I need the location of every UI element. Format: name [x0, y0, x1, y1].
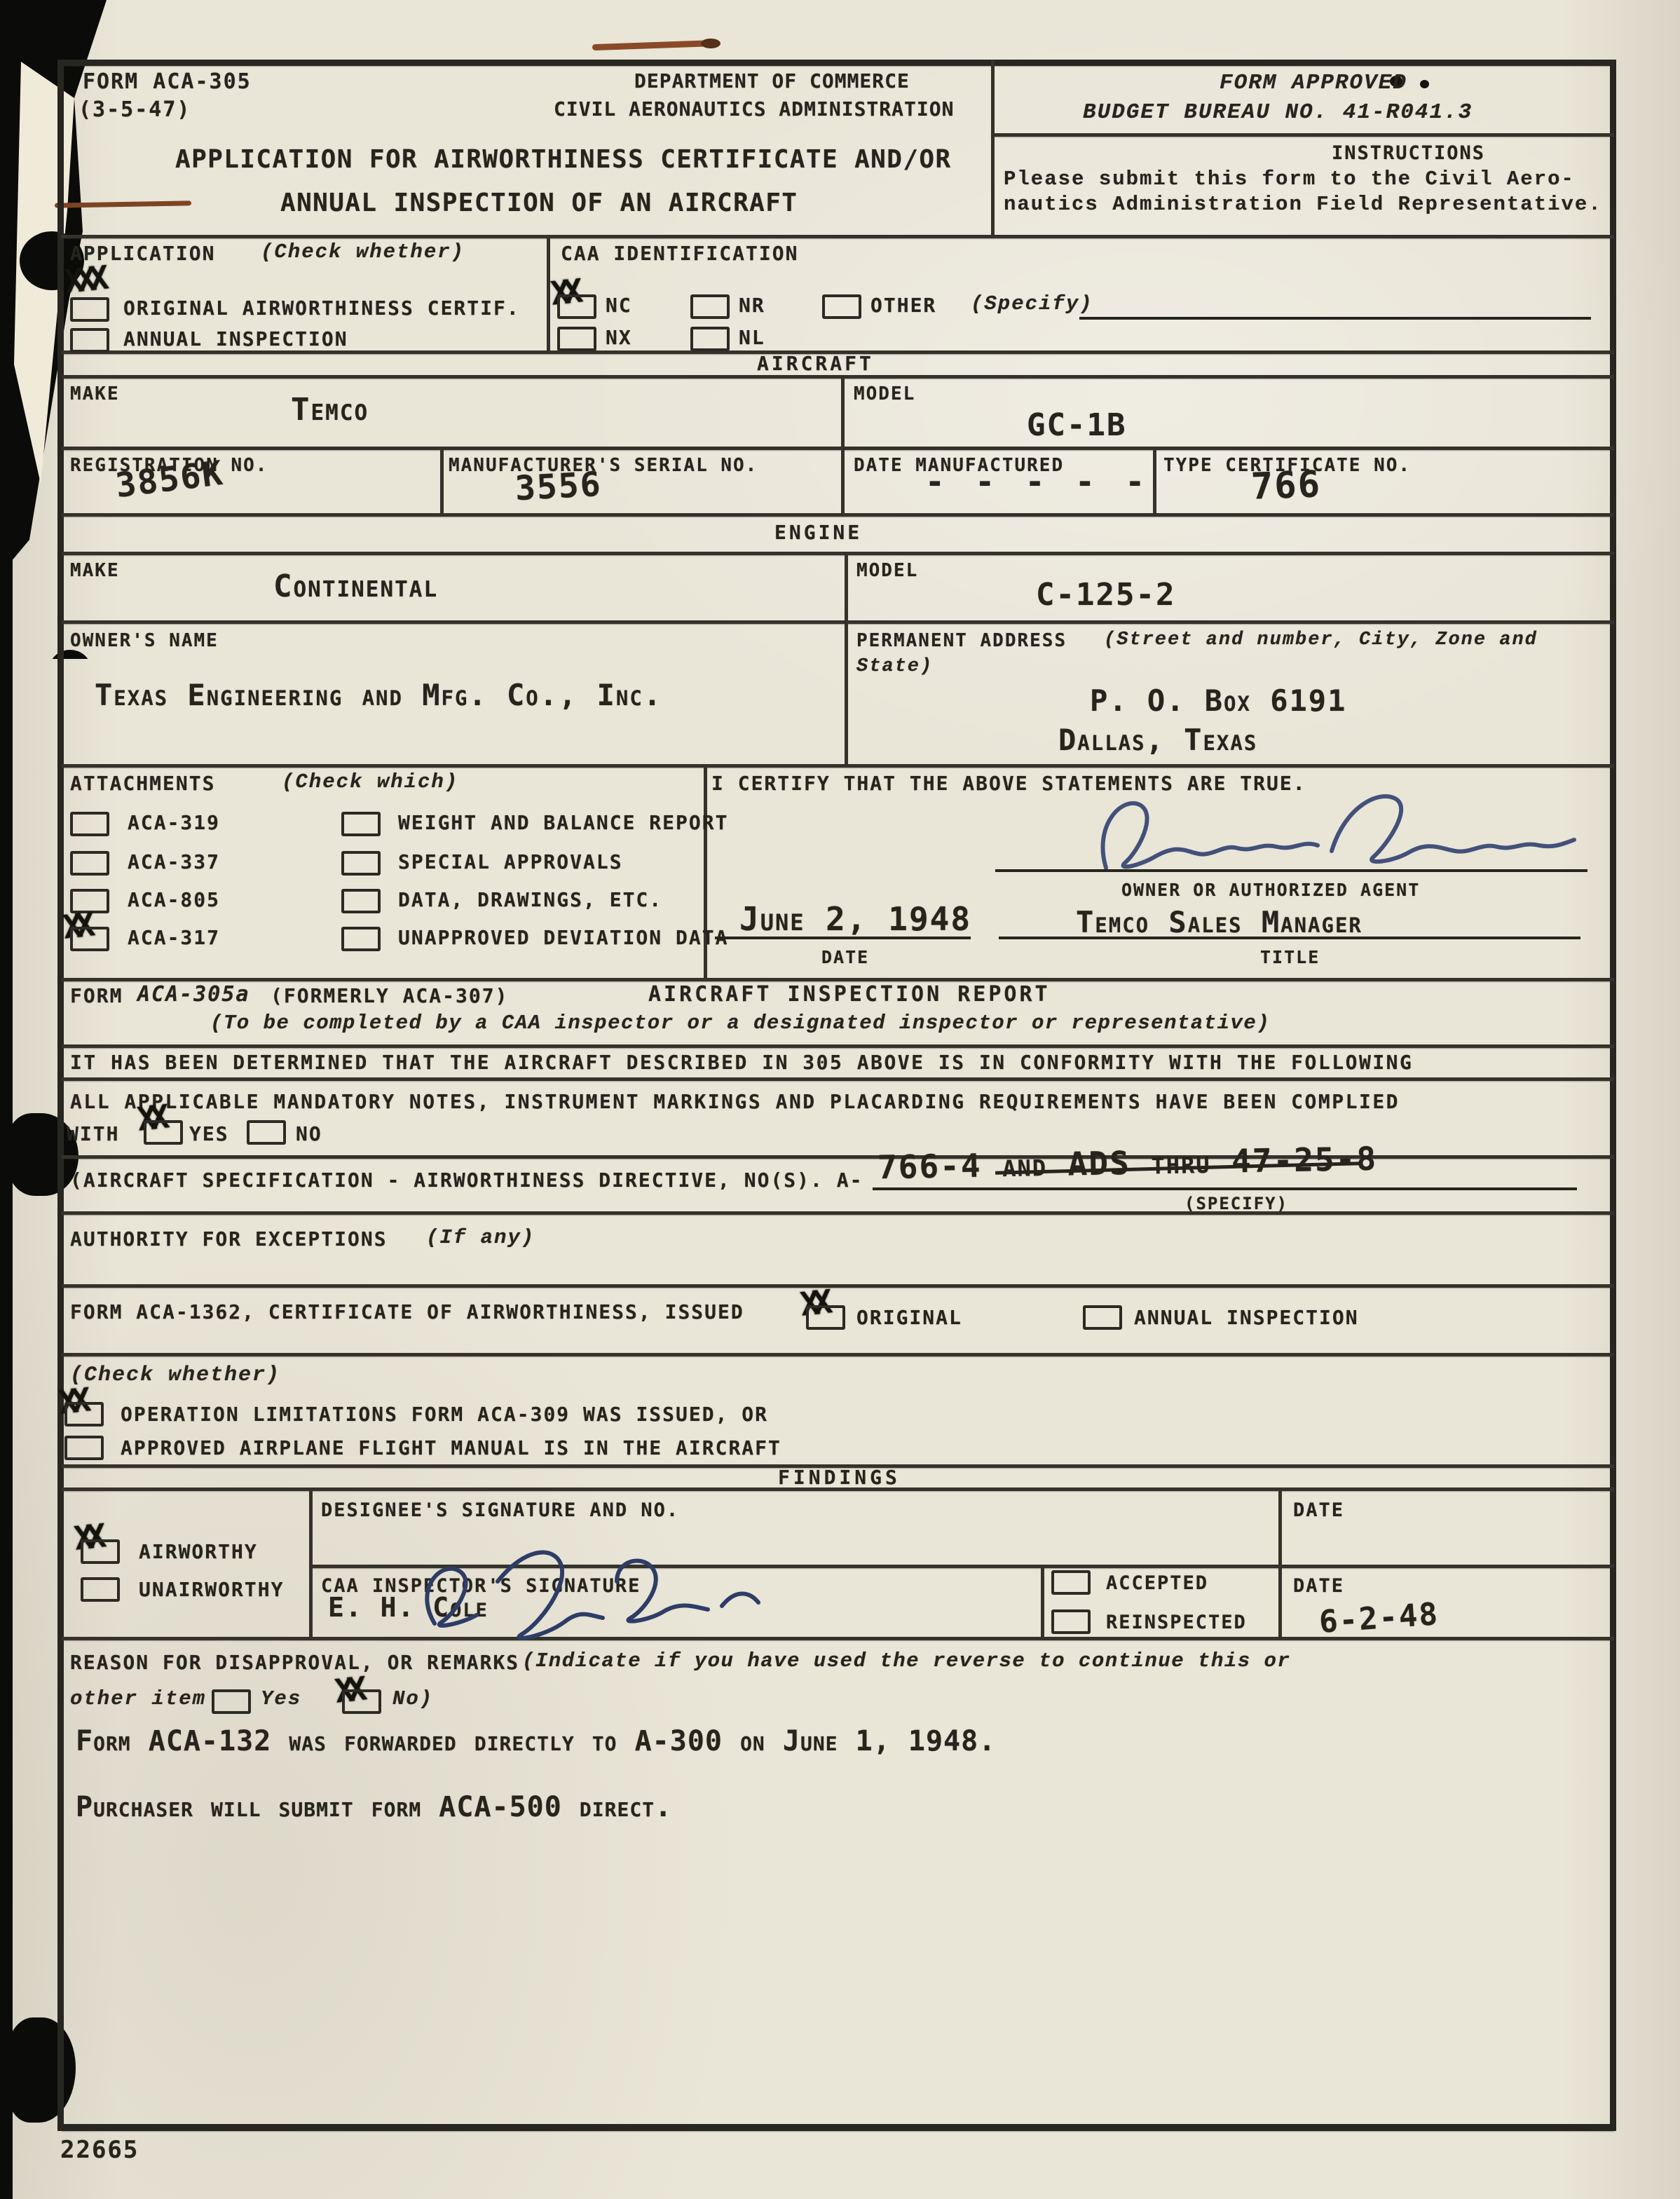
divider — [440, 447, 444, 513]
option-nl: NL — [739, 327, 765, 348]
option-nc: NC — [606, 294, 632, 316]
type-certificate-value: 766 — [1250, 464, 1322, 508]
aircraft-make-value: Temco — [291, 393, 369, 427]
form-title-line2: ANNUAL INSPECTION OF AN AIRCRAFT — [280, 189, 798, 217]
checkbox-nr — [690, 294, 730, 319]
divider — [62, 447, 1614, 450]
divider — [62, 764, 1614, 768]
checkbox-original — [806, 1305, 845, 1330]
checkbox-aca-337 — [70, 851, 109, 876]
findings-section-title: FINDINGS — [778, 1466, 901, 1488]
designee-date-label: DATE — [1293, 1500, 1344, 1521]
scanned-form-page: FORM ACA-305 (3-5-47) DEPARTMENT OF COMM… — [0, 0, 1680, 2199]
form-border-left — [57, 60, 64, 2131]
with-label: WITH — [67, 1123, 119, 1145]
form-number: FORM ACA-305 — [83, 70, 252, 94]
address-line1: P. O. Box 6191 — [1090, 684, 1346, 717]
attachment-form: ACA-337 — [128, 851, 220, 873]
divider — [62, 978, 1614, 981]
attachment-form: ACA-319 — [128, 812, 220, 833]
signature-line — [995, 869, 1587, 872]
dept-line2: CIVIL AERONAUTICS ADMINISTRATION — [554, 98, 954, 120]
checkbox-data-drawings — [341, 889, 381, 913]
form-approved: FORM APPROVED — [1220, 72, 1407, 96]
attachment-doc: WEIGHT AND BALANCE REPORT — [398, 812, 728, 833]
engine-model-label: MODEL — [856, 561, 918, 581]
divider — [62, 1155, 1614, 1159]
checkbox-nc — [557, 294, 596, 319]
ir-form-prefix: FORM — [70, 985, 123, 1007]
attachment-form: ACA-805 — [128, 889, 220, 911]
divider — [62, 1077, 1614, 1081]
reinspected-label: REINSPECTED — [1106, 1612, 1247, 1633]
engine-model-value: C-125-2 — [1036, 578, 1175, 612]
title-line — [999, 937, 1580, 939]
form-border-bottom — [62, 2124, 1614, 2131]
reverse-yes-label: Yes — [261, 1688, 301, 1710]
authority-hint: (If any) — [426, 1227, 535, 1249]
form-border-right — [1610, 60, 1616, 2131]
address-label: PERMANENT ADDRESS — [856, 631, 1067, 651]
title-label: TITLE — [1260, 948, 1320, 967]
accepted-label: ACCEPTED — [1106, 1573, 1208, 1594]
divider — [841, 375, 845, 447]
attachment-form: ACA-317 — [128, 927, 220, 948]
no-label: NO — [296, 1123, 322, 1145]
divider — [547, 235, 550, 350]
owner-name-label: OWNER'S NAME — [70, 631, 219, 651]
checkbox-operation-limitations — [64, 1402, 104, 1427]
checkbox-weight-balance — [341, 812, 381, 836]
ir-conformity: IT HAS BEEN DETERMINED THAT THE AIRCRAFT… — [70, 1051, 1413, 1073]
operation-limitations-label: OPERATION LIMITATIONS FORM ACA-309 WAS I… — [121, 1403, 768, 1425]
form-border-top — [62, 60, 1614, 66]
divider — [62, 1044, 1614, 1048]
divider — [1153, 447, 1156, 513]
remarks-hint2: other item — [70, 1688, 206, 1710]
divider — [62, 1637, 1614, 1640]
checkbox-reverse-yes — [212, 1689, 251, 1714]
yes-label: YES — [189, 1123, 229, 1145]
remarks-hint1: (Indicate if you have used the reverse t… — [522, 1650, 1290, 1673]
aircraft-model-value: GC-1B — [1027, 408, 1126, 442]
instructions-line2: nautics Administration Field Representat… — [1004, 193, 1602, 216]
form-title-line1: APPLICATION FOR AIRWORTHINESS CERTIFICAT… — [175, 146, 952, 174]
checkbox-nl — [690, 327, 730, 351]
divider — [991, 133, 1614, 137]
check-mark: XXX — [63, 261, 104, 297]
date-line — [715, 937, 971, 939]
instructions-line1: Please submit this form to the Civil Aer… — [1004, 168, 1575, 191]
date-label: DATE — [821, 948, 869, 967]
certify-date-value: June 2, 1948 — [739, 901, 971, 938]
date-manufactured-value: - - - - - — [925, 464, 1150, 501]
checkbox-special-approvals — [341, 851, 381, 876]
checkbox-unapproved-deviation — [341, 927, 381, 951]
checkbox-no — [247, 1120, 286, 1145]
original-label: ORIGINAL — [856, 1307, 962, 1328]
footer-serial-number: 22665 — [60, 2137, 139, 2163]
inspector-signature — [392, 1539, 771, 1648]
checkbox-unairworthy — [81, 1577, 120, 1602]
check-whether-hint: (Check whether) — [70, 1364, 280, 1388]
attachment-doc: UNAPPROVED DEVIATION DATA — [398, 927, 728, 948]
divider — [62, 1353, 1614, 1356]
divider — [309, 1487, 313, 1637]
divider — [1278, 1487, 1282, 1637]
checkbox-other — [822, 294, 861, 319]
checkbox-nx — [557, 327, 596, 351]
option-other: OTHER — [870, 294, 936, 316]
certify-title-value: Temco Sales Manager — [1076, 906, 1363, 939]
address-line2: Dallas, Texas — [1058, 723, 1257, 756]
checkbox-reinspected — [1051, 1609, 1091, 1634]
other-specify-line — [1079, 317, 1591, 320]
ir-formerly: (FORMERLY ACA-307) — [271, 985, 508, 1007]
ir-form-no: ACA-305a — [137, 983, 250, 1007]
checkbox-reverse-no — [342, 1689, 381, 1714]
designee-label: DESIGNEE'S SIGNATURE AND NO. — [321, 1500, 679, 1521]
dept-line1: DEPARTMENT OF COMMERCE — [634, 70, 910, 92]
divider — [62, 1284, 1614, 1288]
serial-value: 3556 — [514, 466, 603, 508]
checkbox-aca-317 — [70, 927, 109, 951]
attachment-doc: DATA, DRAWINGS, ETC. — [398, 889, 662, 911]
ink-blot — [6, 2017, 76, 2123]
attachments-label: ATTACHMENTS — [70, 772, 215, 794]
option-nr: NR — [739, 294, 765, 316]
divider — [62, 620, 1614, 624]
unairworthy-label: UNAIRWORTHY — [139, 1579, 284, 1600]
option-nx: NX — [606, 327, 632, 348]
checkbox-annual — [1083, 1305, 1122, 1330]
ink-dot — [1420, 80, 1429, 88]
remark-line2: Purchaser will submit form ACA-500 direc… — [76, 1792, 672, 1823]
airworthy-label: AIRWORTHY — [139, 1541, 258, 1563]
aircraft-model-label: MODEL — [854, 384, 915, 404]
address-hint1: (Street and number, City, Zone and — [1104, 629, 1538, 651]
divider — [62, 1211, 1614, 1215]
checkbox-airworthy — [81, 1539, 120, 1564]
checkbox-aca-319 — [70, 812, 109, 836]
option-original-airworthiness: ORIGINAL AIRWORTHINESS CERTIF. — [123, 297, 520, 319]
attachment-doc: SPECIAL APPROVALS — [398, 851, 623, 873]
option-annual-inspection: ANNUAL INSPECTION — [123, 328, 348, 350]
divider — [845, 552, 848, 764]
specify-label: (SPECIFY) — [1184, 1194, 1288, 1213]
annual-label: ANNUAL INSPECTION — [1134, 1307, 1359, 1328]
engine-section-title: ENGINE — [774, 522, 862, 543]
checkbox-accepted — [1051, 1570, 1091, 1595]
divider — [841, 447, 845, 513]
checkbox-yes — [144, 1120, 183, 1145]
spec-label: (AIRCRAFT SPECIFICATION - AIRWORTHINESS … — [70, 1169, 863, 1191]
divider — [62, 375, 1614, 379]
address-hint2: State) — [856, 656, 933, 677]
stain-mark — [701, 39, 721, 48]
aca1362-label: FORM ACA-1362, CERTIFICATE OF AIRWORTHIN… — [70, 1301, 744, 1323]
engine-make-label: MAKE — [70, 561, 120, 581]
attachments-hint: (Check which) — [282, 771, 458, 794]
ir-notes: ALL APPLICABLE MANDATORY NOTES, INSTRUME… — [70, 1091, 1400, 1112]
aircraft-make-label: MAKE — [70, 384, 120, 404]
divider — [62, 513, 1614, 517]
checkbox-flight-manual — [64, 1436, 104, 1460]
inspector-date-value: 6-2-48 — [1318, 1597, 1440, 1640]
divider — [62, 552, 1614, 555]
authority-label: AUTHORITY FOR EXCEPTIONS — [70, 1228, 388, 1250]
divider — [1041, 1565, 1044, 1637]
divider — [991, 60, 995, 235]
engine-make-value: Continental — [273, 569, 438, 604]
remarks-label: REASON FOR DISAPPROVAL, OR REMARKS — [70, 1652, 519, 1673]
aircraft-section-title: AIRCRAFT — [757, 353, 874, 374]
stain-mark — [592, 40, 718, 50]
budget-bureau-no: BUDGET BUREAU NO. 41-R041.3 — [1083, 101, 1473, 125]
checkbox-original-airworthiness — [70, 297, 109, 322]
inspector-date-label: DATE — [1293, 1576, 1344, 1597]
ir-title: AIRCRAFT INSPECTION REPORT — [648, 983, 1051, 1007]
form-revision: (3-5-47) — [78, 98, 191, 122]
ir-subtitle: (To be completed by a CAA inspector or a… — [210, 1012, 1270, 1035]
application-hint: (Check whether) — [261, 241, 465, 264]
serial-label: MANUFACTURER'S SERIAL NO. — [449, 456, 758, 476]
other-specify-hint: (Specify) — [971, 293, 1093, 315]
divider — [62, 235, 1614, 238]
owner-name-value: Texas Engineering and Mfg. Co., Inc. — [95, 679, 662, 712]
reverse-no-label: No) — [392, 1688, 433, 1710]
checkbox-annual-inspection — [70, 328, 109, 353]
specify-line — [873, 1187, 1577, 1190]
caa-identification-label: CAA IDENTIFICATION — [561, 243, 798, 264]
remark-line1: Form ACA-132 was forwarded directly to A… — [76, 1726, 996, 1757]
flight-manual-label: APPROVED AIRPLANE FLIGHT MANUAL IS IN TH… — [121, 1437, 781, 1459]
agent-label: OWNER OR AUTHORIZED AGENT — [1121, 880, 1420, 900]
instructions-title: INSTRUCTIONS — [1332, 143, 1485, 164]
